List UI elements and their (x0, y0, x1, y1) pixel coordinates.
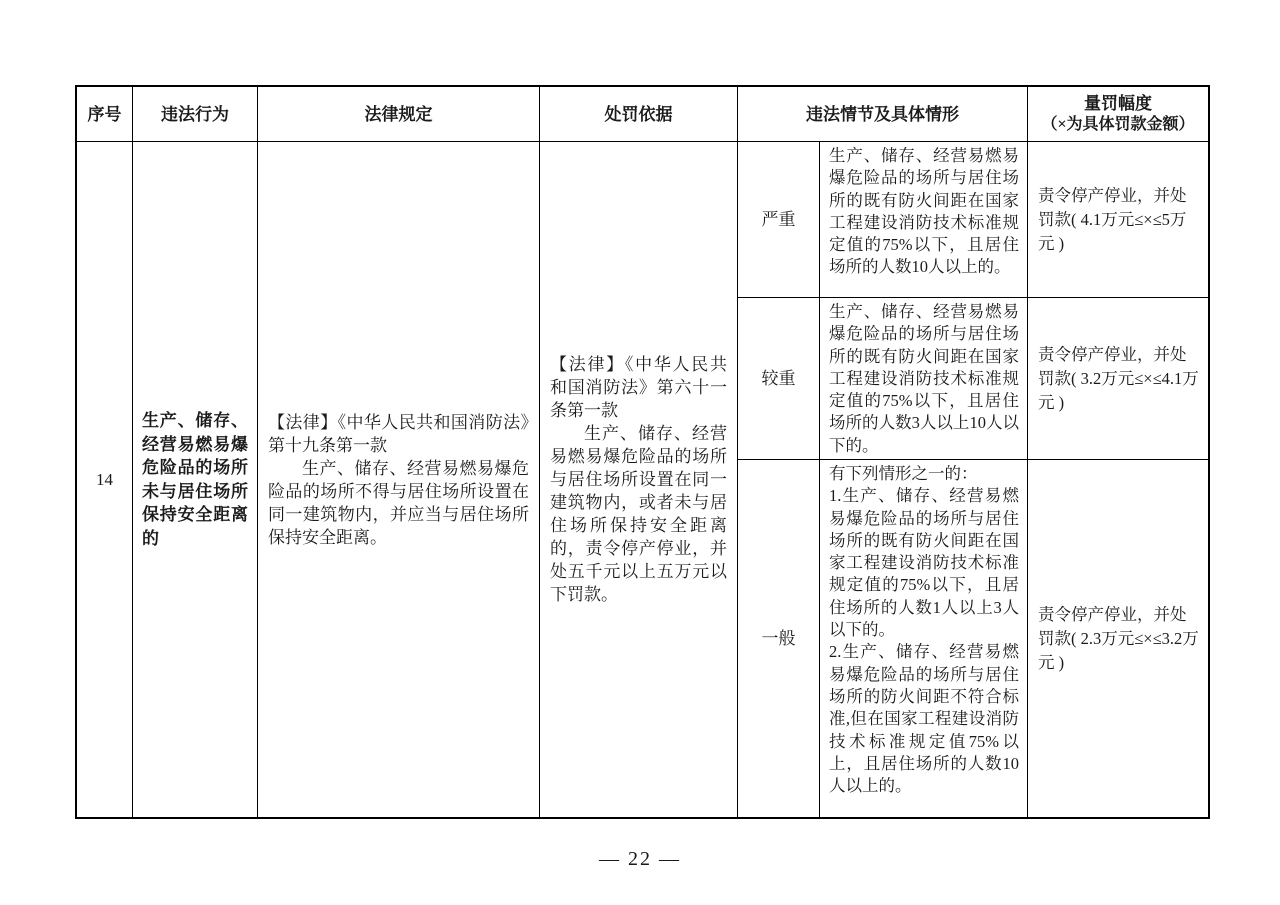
header-legal-provision: 法律规定 (258, 87, 540, 142)
document-page: 序号 违法行为 法律规定 处罚依据 违法情节及具体情形 量罚幅度 （×为具体罚款… (0, 0, 1280, 905)
header-penalty-range-line1: 量罚幅度 (1084, 93, 1152, 114)
penalty-basis-title: 【法律】《中华人民共和国消防法》第六十一条第一款 (550, 353, 727, 422)
penalty-range-general: 责令停产停业，并处罚款( 2.3万元≤×≤3.2万元 ) (1028, 460, 1208, 817)
severity-label-severe: 严重 (738, 142, 820, 298)
legal-provision-title: 【法律】《中华人民共和国消防法》第十九条第一款 (268, 411, 529, 457)
penalty-range-severe-text: 责令停产停业，并处罚款( 4.1万元≤×≤5万元 ) (1038, 184, 1200, 256)
severity-serious-text: 较重 (762, 367, 796, 390)
penalty-range-serious: 责令停产停业，并处罚款( 3.2万元≤×≤4.1万元 ) (1028, 298, 1208, 460)
situation-detail-general-item2: 2.生产、储存、经营易燃易爆危险品的场所与居住场所的防火间距不符合标准,但在国家… (829, 641, 1019, 797)
situation-detail-general: 有下列情形之一的： 1.生产、储存、经营易燃易爆危险品的场所与居住场所的既有防火… (820, 460, 1028, 817)
serial-number-value: 14 (96, 468, 113, 491)
serial-number-cell: 14 (77, 142, 133, 817)
situation-detail-serious-text: 生产、储存、经营易燃易爆危险品的场所与居住场所的既有防火间距在国家工程建设消防技… (829, 301, 1019, 457)
penalty-range-severe: 责令停产停业，并处罚款( 4.1万元≤×≤5万元 ) (1028, 142, 1208, 298)
situation-detail-general-item1: 1.生产、储存、经营易燃易爆危险品的场所与居住场所的既有防火间距在国家工程建设消… (829, 485, 1019, 641)
header-penalty-basis: 处罚依据 (540, 87, 738, 142)
situation-detail-serious: 生产、储存、经营易燃易爆危险品的场所与居住场所的既有防火间距在国家工程建设消防技… (820, 298, 1028, 460)
severity-general-text: 一般 (762, 627, 796, 650)
legal-provision-cell: 【法律】《中华人民共和国消防法》第十九条第一款 生产、储存、经营易燃易爆危险品的… (258, 142, 540, 817)
penalty-table: 序号 违法行为 法律规定 处罚依据 违法情节及具体情形 量罚幅度 （×为具体罚款… (75, 85, 1210, 819)
penalty-range-general-text: 责令停产停业，并处罚款( 2.3万元≤×≤3.2万元 ) (1038, 603, 1200, 675)
header-penalty-range: 量罚幅度 （×为具体罚款金额） (1028, 87, 1208, 142)
page-number: — 22 — (0, 848, 1280, 871)
severity-label-serious: 较重 (738, 298, 820, 460)
header-legal-provision-label: 法律规定 (365, 104, 433, 125)
header-serial-number-label: 序号 (88, 104, 122, 125)
illegal-behavior-cell: 生产、储存、经营易燃易爆危险品的场所未与居住场所保持安全距离的 (133, 142, 258, 817)
severity-severe-text: 严重 (762, 208, 796, 231)
illegal-behavior-text: 生产、储存、经营易燃易爆危险品的场所未与居住场所保持安全距离的 (133, 403, 257, 556)
penalty-range-serious-text: 责令停产停业，并处罚款( 3.2万元≤×≤4.1万元 ) (1038, 343, 1200, 415)
legal-provision-body: 生产、储存、经营易燃易爆危险品的场所不得与居住场所设置在同一建筑物内，并应当与居… (268, 457, 529, 549)
header-circumstances-label: 违法情节及具体情形 (806, 104, 959, 125)
header-circumstances: 违法情节及具体情形 (738, 87, 1028, 142)
situation-detail-general-intro: 有下列情形之一的： (829, 463, 1019, 485)
penalty-basis-cell: 【法律】《中华人民共和国消防法》第六十一条第一款 生产、储存、经营易燃易爆危险品… (540, 142, 738, 817)
situation-detail-severe-text: 生产、储存、经营易燃易爆危险品的场所与居住场所的既有防火间距在国家工程建设消防技… (829, 145, 1019, 279)
header-penalty-basis-label: 处罚依据 (605, 104, 673, 125)
severity-label-general: 一般 (738, 460, 820, 817)
header-illegal-behavior: 违法行为 (133, 87, 258, 142)
header-penalty-range-line2: （×为具体罚款金额） (1041, 114, 1194, 135)
header-illegal-behavior-label: 违法行为 (161, 104, 229, 125)
situation-detail-severe: 生产、储存、经营易燃易爆危险品的场所与居住场所的既有防火间距在国家工程建设消防技… (820, 142, 1028, 298)
penalty-basis-body: 生产、储存、经营易燃易爆危险品的场所与居住场所设置在同一建筑物内，或者未与居住场… (550, 422, 727, 606)
header-serial-number: 序号 (77, 87, 133, 142)
